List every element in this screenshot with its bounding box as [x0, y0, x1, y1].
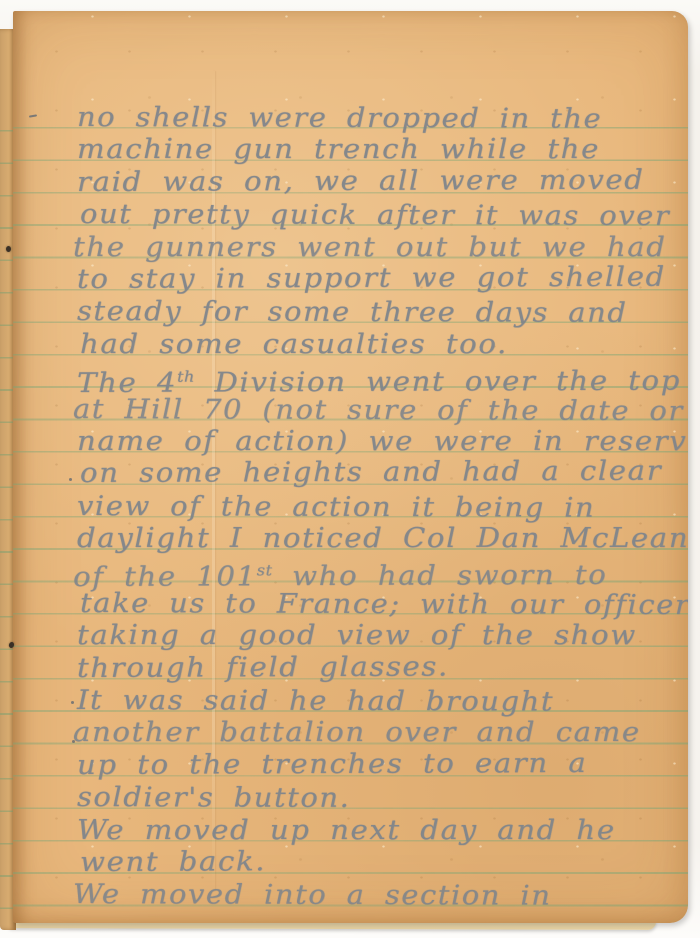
manuscript-line: The 4th Division went over the top [77, 358, 688, 393]
manuscript-text: take us to France; with our officers [80, 588, 688, 621]
manuscript-line: of the 101st who had sworn to [73, 553, 688, 588]
manuscript-text: steady for some three days and [77, 296, 628, 329]
manuscript-text: view of the action it being in [77, 491, 595, 524]
manuscript-line: We moved up next day and he [77, 815, 688, 847]
manuscript-text: It was said he had brought [77, 685, 554, 718]
manuscript-text: We moved up next day and he [77, 815, 616, 846]
pencil-mark [71, 701, 74, 704]
manuscript-line: another battalion over and came [73, 717, 688, 749]
manuscript-line: on some heights and had a clear [80, 456, 688, 491]
binding-stitch-mark [6, 246, 11, 252]
notebook-page: no shells were dropped in themachine gun… [13, 11, 688, 923]
manuscript-line: had some casualties too. [80, 329, 688, 361]
manuscript-text: out pretty quick after it was over [80, 199, 670, 232]
pencil-mark [72, 740, 75, 743]
manuscript-line: no shells were dropped in the [77, 102, 688, 137]
manuscript-line: soldier's button. [77, 782, 688, 817]
manuscript-line: daylight I noticed Col Dan McLean [77, 523, 688, 555]
manuscript-line: machine gun trench while the [77, 134, 688, 166]
manuscript-line: went back. [80, 844, 688, 879]
manuscript-text: We moved into a section in [73, 879, 552, 912]
manuscript-line: steady for some three days and [77, 296, 688, 331]
manuscript-line: raid was on, we all were moved [77, 164, 688, 199]
manuscript-line: name of action) we were in reserve [77, 426, 688, 458]
manuscript-line: We moved into a section in [73, 879, 688, 914]
manuscript-line: take us to France; with our officers [80, 588, 688, 623]
manuscript-text: no shells were dropped in the [77, 102, 602, 135]
ordinal-superscript: st [257, 562, 273, 580]
manuscript-line: view of the action it being in [77, 491, 688, 526]
manuscript-text: taking a good view of the show [77, 620, 637, 651]
manuscript-line: through field glasses. [77, 650, 688, 685]
manuscript-line: the gunners went out but we had [73, 232, 688, 264]
manuscript-text: the gunners went out but we had [73, 232, 667, 263]
manuscript-text: through field glasses. [77, 651, 449, 684]
manuscript-text: to stay in support we got shelled [77, 262, 666, 295]
manuscript-text: raid was on, we all were moved [77, 164, 645, 197]
manuscript-line: up to the trenches to earn a [77, 747, 688, 782]
manuscript-text: up to the trenches to earn a [77, 748, 587, 781]
manuscript-text: had some casualties too. [80, 329, 508, 360]
manuscript-text: on some heights and had a clear [80, 456, 662, 489]
scanned-notebook: no shells were dropped in themachine gun… [0, 0, 700, 938]
manuscript-line: to stay in support we got shelled [77, 261, 688, 296]
pencil-mark [69, 478, 72, 481]
ordinal-superscript: th [177, 368, 195, 386]
manuscript-text: daylight I noticed Col Dan McLean [77, 523, 688, 554]
manuscript-text: name of action) we were in reserve [77, 426, 688, 457]
manuscript: no shells were dropped in themachine gun… [77, 102, 687, 912]
manuscript-line: at Hill 70 (not sure of the date or the [73, 394, 688, 429]
manuscript-line: taking a good view of the show [77, 620, 688, 652]
manuscript-text: soldier's button. [77, 782, 351, 814]
manuscript-line: It was said he had brought [77, 685, 688, 720]
manuscript-text: machine gun trench while the [77, 134, 600, 165]
manuscript-text: another battalion over and came [73, 717, 641, 748]
manuscript-text: went back. [80, 846, 266, 878]
manuscript-line: out pretty quick after it was over [80, 199, 688, 234]
manuscript-text: at Hill 70 (not sure of the date or the [73, 394, 688, 427]
